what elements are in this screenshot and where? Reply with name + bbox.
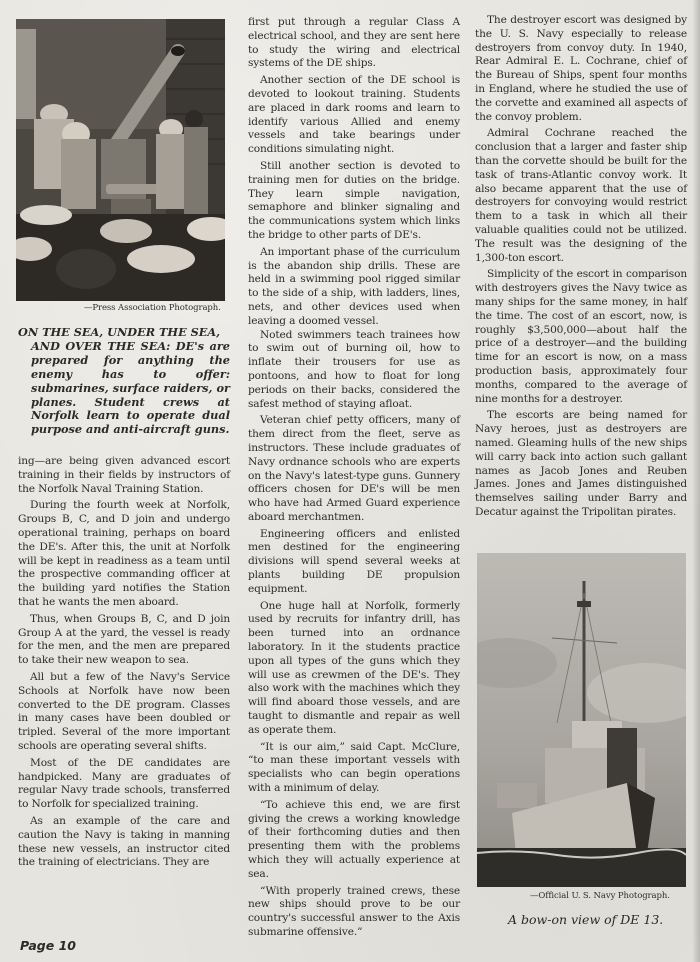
paragraph: “It is our aim,” said Capt. McClure, “to… [248, 741, 460, 796]
column-2: first put through a regular Class A elec… [248, 16, 460, 940]
paragraph: Thus, when Groups B, C, and D join Group… [18, 613, 230, 668]
paragraph: Veteran chief petty officers, many of th… [248, 414, 460, 524]
photo-caption-gun-training: ON THE SEA, UNDER THE SEA, AND OVER THE … [18, 326, 230, 437]
paragraph: Simplicity of the escort in comparison w… [475, 268, 687, 406]
gun-crew-image [16, 19, 225, 301]
photo-credit-press: —Press Association Photograph. [84, 303, 221, 313]
page-edge-shadow [692, 0, 700, 962]
paragraph: One huge hall at Norfolk, formerly used … [248, 600, 460, 738]
caption-body: AND OVER THE SEA: DE's are prepared for … [18, 340, 230, 437]
column-1: ing—are being given advanced escort trai… [18, 455, 230, 870]
paragraph: The escorts are being named for Navy her… [475, 409, 687, 519]
paragraph: first put through a regular Class A elec… [248, 16, 460, 71]
photo-caption-de13: A bow-on view of DE 13. [508, 912, 663, 927]
destroyer-escort-photo [477, 553, 686, 887]
paragraph: Admiral Cochrane reached the conclusion … [475, 127, 687, 265]
paragraph: Most of the DE candidates are handpicked… [18, 757, 230, 812]
paragraph: All but a few of the Navy's Service Scho… [18, 671, 230, 754]
column-3: The destroyer escort was designed by the… [475, 14, 687, 520]
photo-credit-navy: —Official U. S. Navy Photograph. [530, 891, 670, 901]
paragraph: ing—are being given advanced escort trai… [18, 455, 230, 496]
page-number: Page 10 [20, 938, 76, 953]
caption-lead: ON THE SEA, UNDER THE SEA, [18, 326, 230, 340]
paragraph: The destroyer escort was designed by the… [475, 14, 687, 124]
magazine-page: —Press Association Photograph. ON THE SE… [0, 0, 700, 962]
paragraph: Engineering officers and enlisted men de… [248, 528, 460, 597]
gun-training-photo [16, 19, 225, 301]
paragraph: Another section of the DE school is devo… [248, 74, 460, 157]
paragraph: An important phase of the curriculum is … [248, 246, 460, 329]
ship-bow-image [477, 553, 686, 887]
paragraph: Noted swimmers teach trainees how to swi… [248, 329, 460, 412]
paragraph: “To achieve this end, we are first givin… [248, 799, 460, 882]
paragraph: Still another section is devoted to trai… [248, 160, 460, 243]
paragraph: As an example of the care and caution th… [18, 815, 230, 870]
paragraph: “With properly trained crews, these new … [248, 885, 460, 940]
paragraph: During the fourth week at Norfolk, Group… [18, 499, 230, 609]
